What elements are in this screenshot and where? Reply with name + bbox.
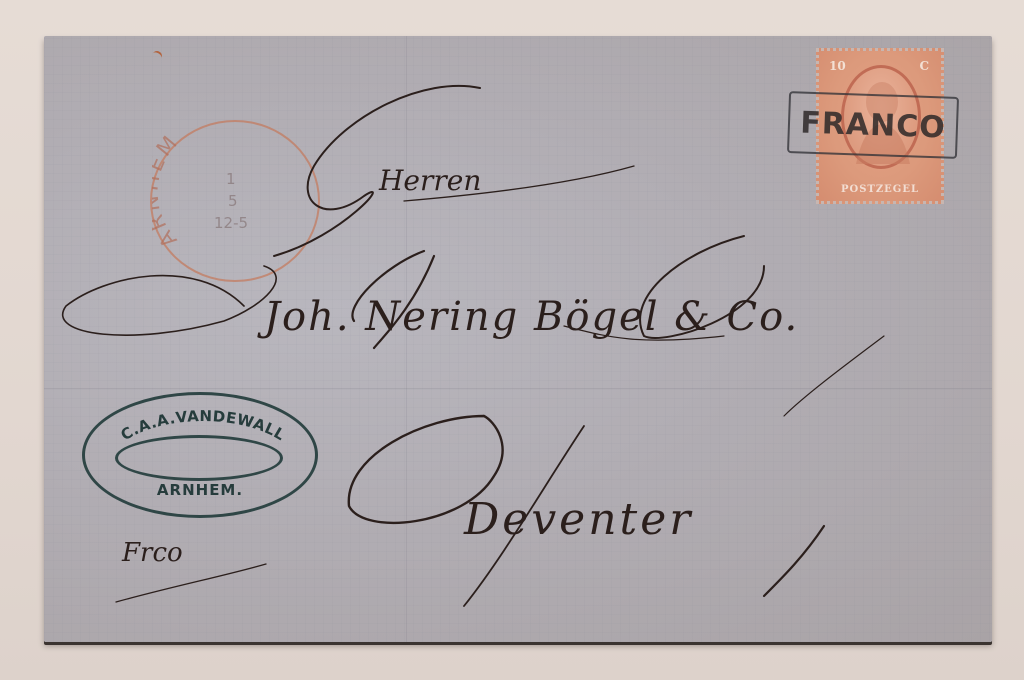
postmark-month: 5: [228, 192, 238, 210]
cachet-town: ARNHEM.: [85, 481, 315, 499]
postal-cover: ARNHEM 1 5 12-5 10 C POSTZEGEL FRANCO C.…: [44, 36, 992, 642]
svg-text:ARNHEM: ARNHEM: [152, 129, 184, 252]
franco-text: FRANCO: [800, 105, 947, 145]
address-addressee: Joh. Nering Bögel & Co.: [264, 294, 799, 340]
franco-cancellation: FRANCO: [787, 91, 959, 159]
stamp-caption: POSTZEGEL: [819, 184, 941, 195]
stamp-value-unit: C: [919, 59, 929, 73]
address-salutation: Herren: [379, 164, 481, 197]
franco-note: Frco: [122, 538, 183, 568]
cachet-inner-oval: [115, 435, 283, 481]
sender-cachet: C.A.A.VANDEWALL ARNHEM.: [82, 392, 318, 518]
postmark-time: 12-5: [214, 214, 248, 232]
postmark-day: 1: [226, 170, 236, 188]
ink-mark: [150, 49, 164, 63]
address-city: Deventer: [464, 494, 693, 545]
postmark-town: ARNHEM: [152, 129, 184, 252]
fold-line: [44, 388, 992, 389]
arnhem-postmark: ARNHEM 1 5 12-5: [150, 120, 320, 282]
